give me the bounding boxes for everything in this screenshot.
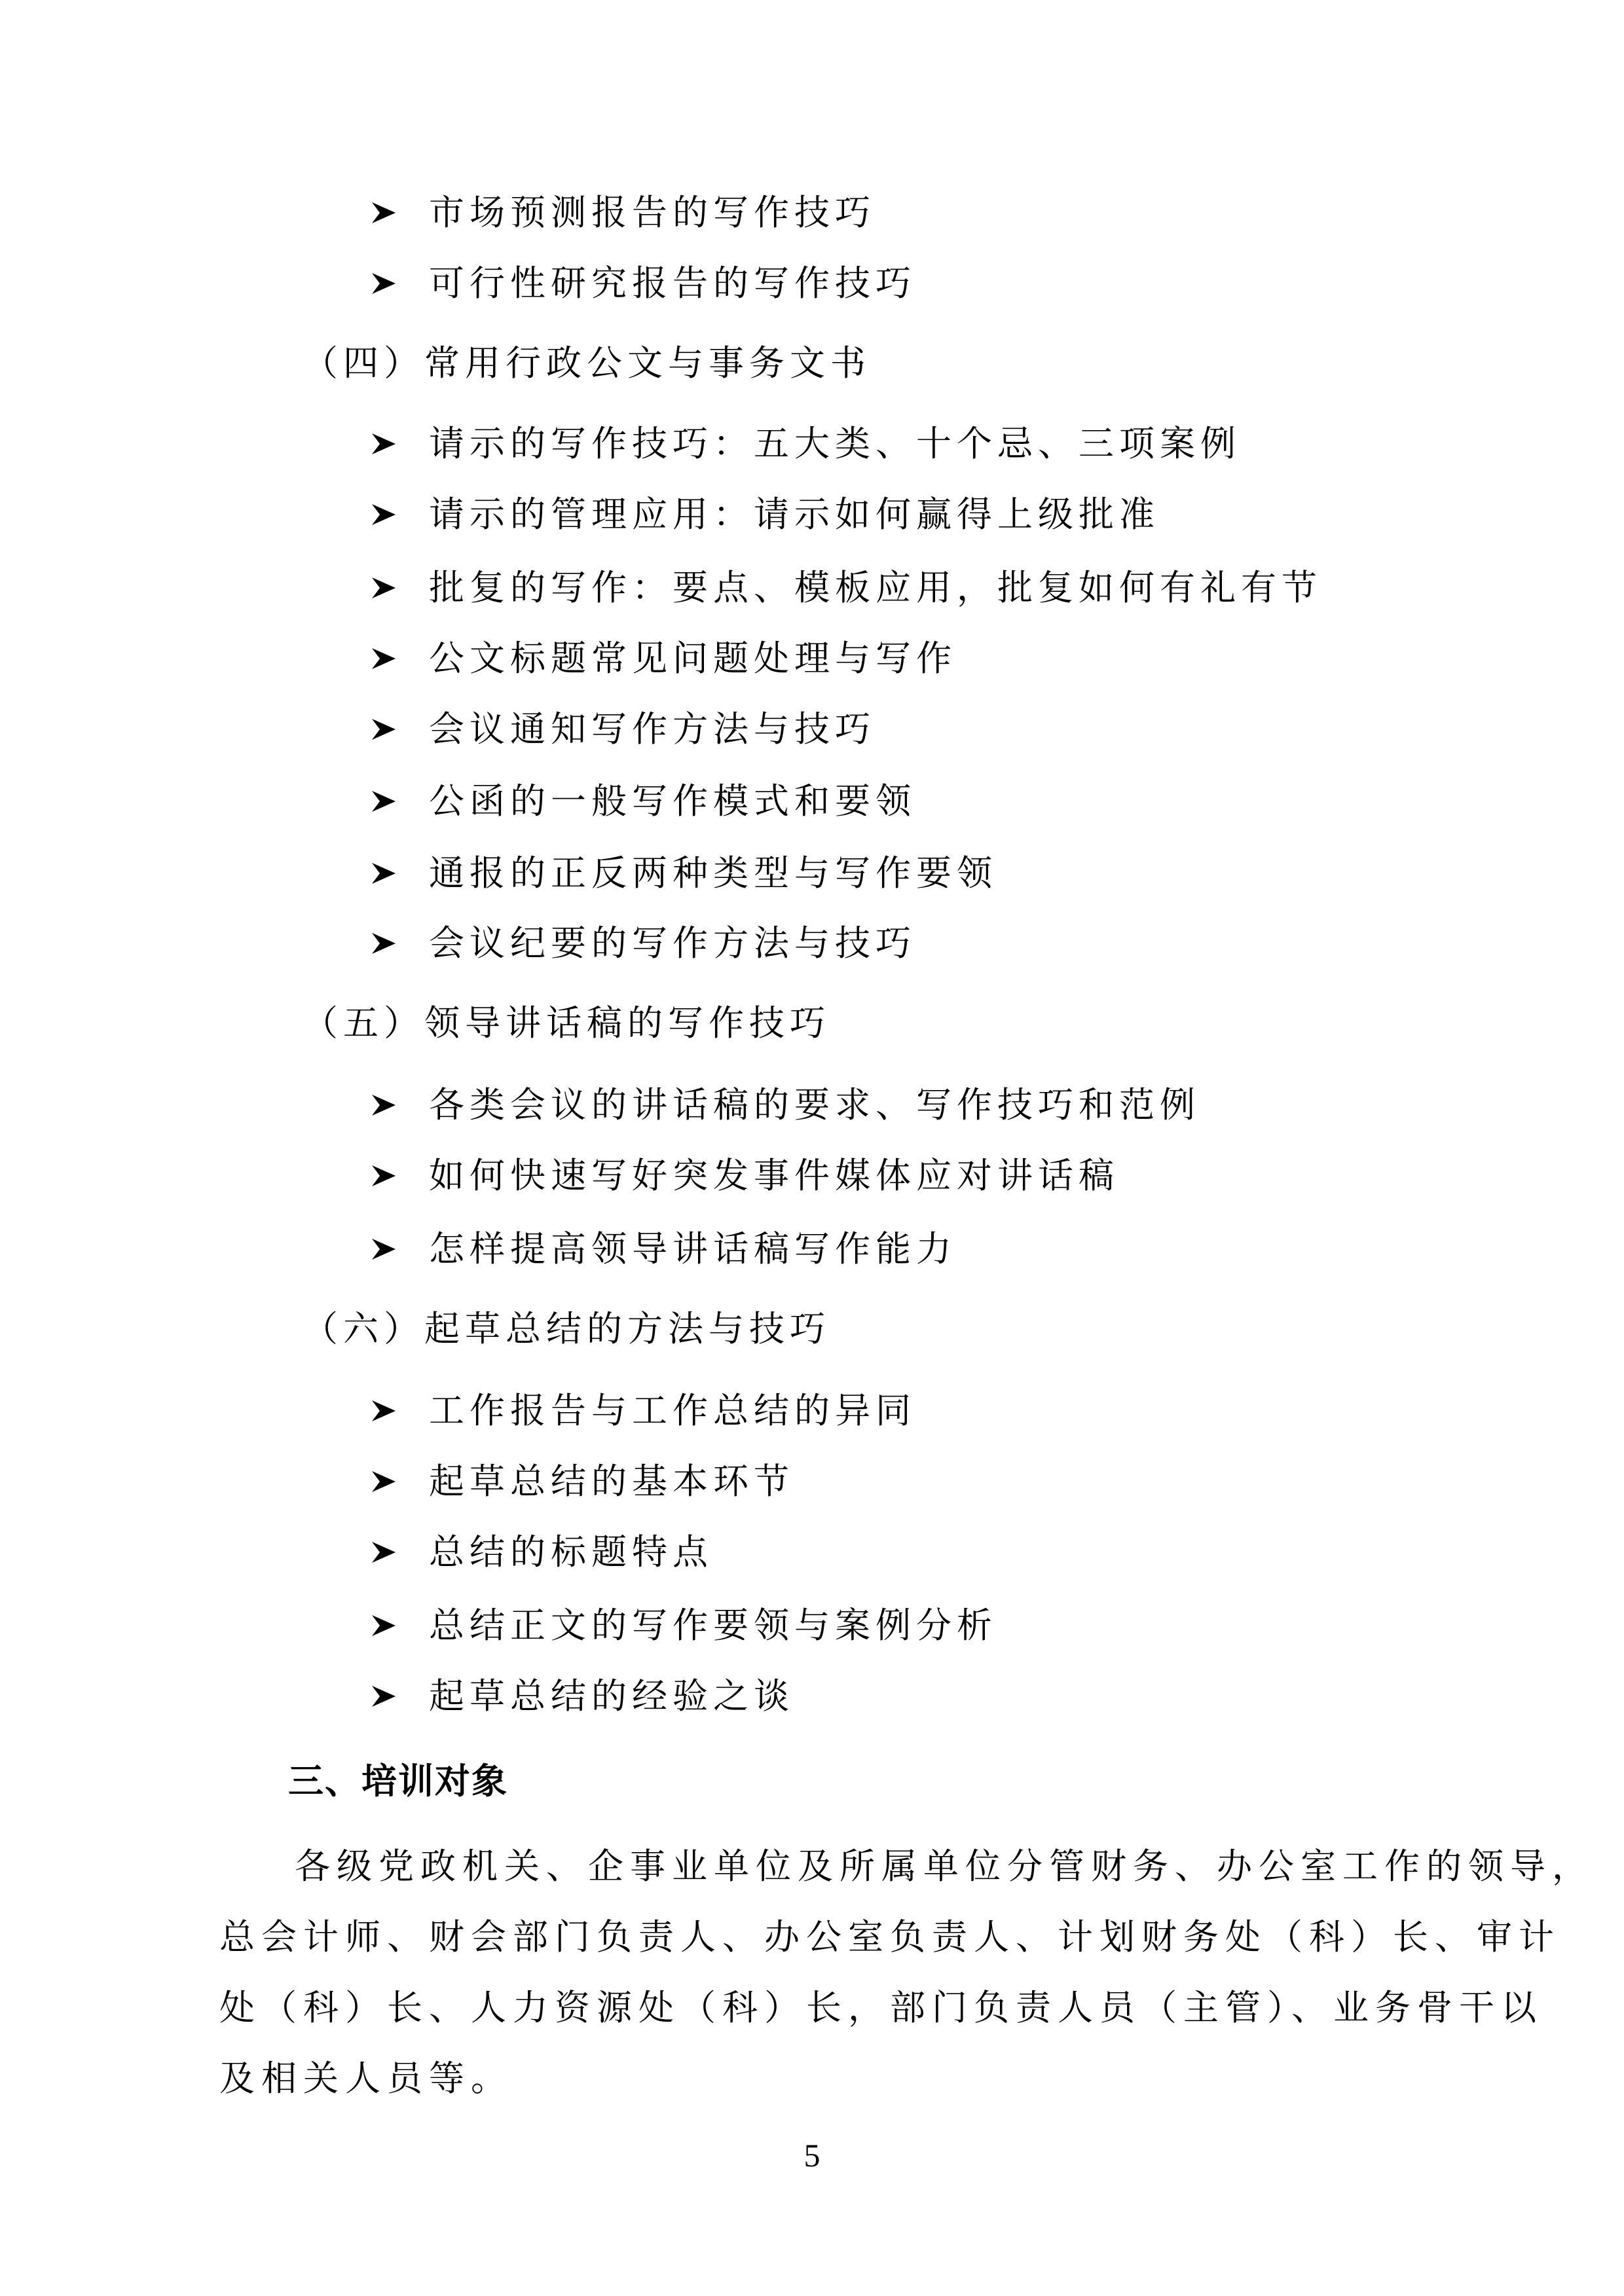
- arrow-bullet-icon: [371, 263, 399, 304]
- list-item: 总结正文的写作要领与案例分析: [429, 1605, 997, 1647]
- section-heading-5: （五）领导讲话稿的写作技巧: [303, 1002, 830, 1044]
- list-item: 总结的标题特点: [429, 1531, 713, 1573]
- arrow-bullet-icon: [371, 1390, 399, 1432]
- section-heading-4: （四）常用行政公文与事务文书: [303, 342, 871, 384]
- arrow-bullet-icon: [371, 1155, 399, 1197]
- paragraph-line: 总会计师、财会部门负责人、办公室负责人、计划财务处（科）长、审计: [219, 1916, 1431, 1958]
- arrow-bullet-icon: [371, 1675, 399, 1717]
- arrow-bullet-icon: [371, 1531, 399, 1573]
- list-item: 请示的写作技巧：五大类、十个忌、三项案例: [429, 423, 1241, 465]
- arrow-bullet-icon: [371, 1228, 399, 1270]
- list-item: 如何快速写好突发事件媒体应对讲话稿: [429, 1155, 1119, 1197]
- section-heading-6: （六）起草总结的方法与技巧: [303, 1308, 830, 1350]
- arrow-bullet-icon: [371, 423, 399, 465]
- list-item: 公文标题常见问题处理与写作: [429, 638, 957, 680]
- arrow-bullet-icon: [371, 708, 399, 750]
- list-item: 可行性研究报告的写作技巧: [429, 263, 916, 304]
- list-item: 市场预测报告的写作技巧: [429, 192, 876, 234]
- arrow-bullet-icon: [371, 1084, 399, 1126]
- list-item: 公函的一般写作模式和要领: [429, 780, 916, 822]
- arrow-bullet-icon: [371, 922, 399, 964]
- arrow-bullet-icon: [371, 567, 399, 609]
- paragraph-line: 及相关人员等。: [219, 2058, 1431, 2100]
- paragraph-line: 处（科）长、人力资源处（科）长，部门负责人员（主管）、业务骨干以: [219, 1987, 1431, 2029]
- arrow-bullet-icon: [371, 1461, 399, 1503]
- list-item: 怎样提高领导讲话稿写作能力: [429, 1228, 957, 1270]
- arrow-bullet-icon: [371, 494, 399, 536]
- arrow-bullet-icon: [371, 638, 399, 680]
- arrow-bullet-icon: [371, 1605, 399, 1647]
- arrow-bullet-icon: [371, 192, 399, 234]
- list-item: 起草总结的基本环节: [429, 1461, 794, 1503]
- arrow-bullet-icon: [371, 780, 399, 822]
- list-item: 会议纪要的写作方法与技巧: [429, 922, 916, 964]
- list-item: 批复的写作：要点、模板应用，批复如何有礼有节: [429, 567, 1322, 609]
- list-item: 会议通知写作方法与技巧: [429, 708, 876, 750]
- paragraph-line: 各级党政机关、企事业单位及所属单位分管财务、办公室工作的领导，: [295, 1846, 1431, 1887]
- page-number: 5: [0, 2136, 1624, 2175]
- list-item: 通报的正反两种类型与写作要领: [429, 852, 997, 894]
- list-item: 请示的管理应用：请示如何赢得上级批准: [429, 494, 1160, 536]
- list-item: 起草总结的经验之谈: [429, 1675, 794, 1717]
- main-heading-training-target: 三、培训对象: [288, 1760, 508, 1802]
- list-item: 各类会议的讲话稿的要求、写作技巧和范例: [429, 1084, 1200, 1126]
- arrow-bullet-icon: [371, 852, 399, 894]
- list-item: 工作报告与工作总结的异同: [429, 1390, 916, 1432]
